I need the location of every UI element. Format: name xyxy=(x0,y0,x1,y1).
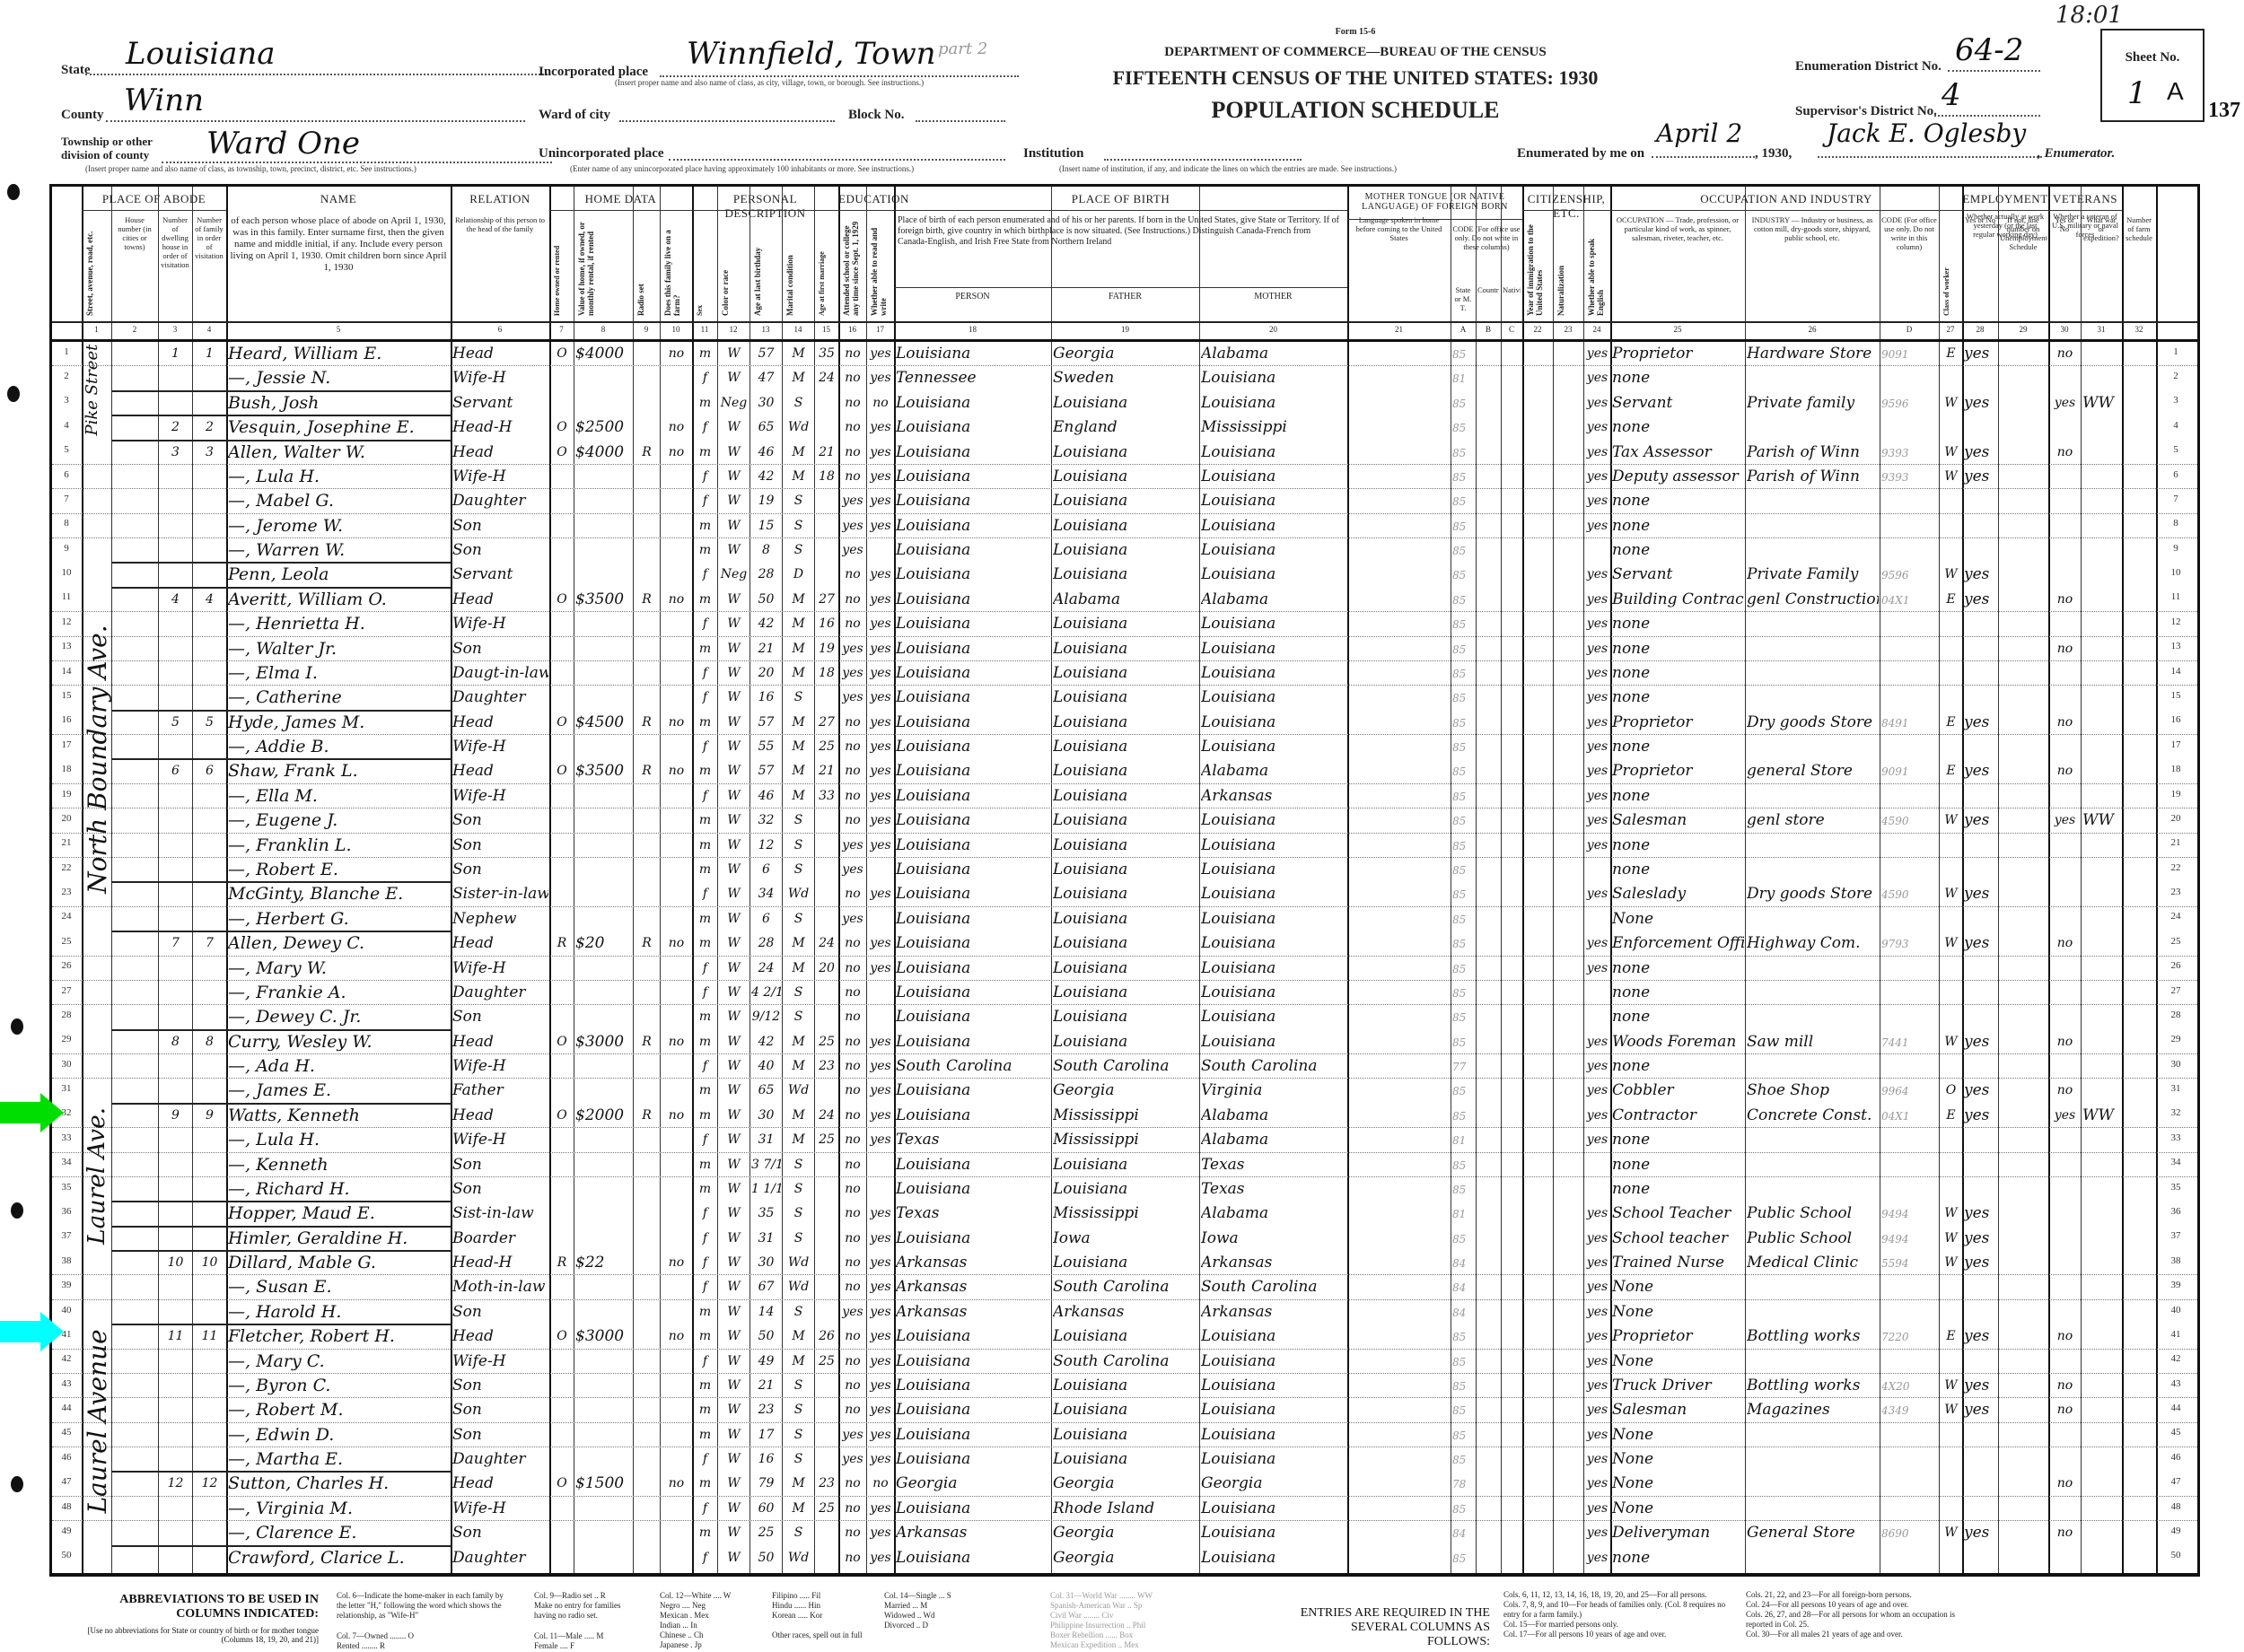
cell-race: W xyxy=(719,835,749,857)
ed-label: Enumeration District No. xyxy=(1795,59,1942,74)
cell-race: W xyxy=(719,982,749,1004)
cell-family: 7 xyxy=(194,932,225,955)
cell-relation: Head-H xyxy=(452,1252,548,1274)
cell-code_d: 7441 xyxy=(1881,1031,1938,1053)
cell-birth: Louisiana xyxy=(896,638,1050,660)
cell-age: 42 xyxy=(751,466,781,488)
cell-marital: Wd xyxy=(784,416,813,439)
group-header-veterans: VETERANS xyxy=(2048,192,2122,206)
cell-code_d: 9091 xyxy=(1881,760,1938,782)
cell-value: $3000 xyxy=(575,1031,632,1053)
cell-school: yes xyxy=(840,638,865,660)
cell-birth: Louisiana xyxy=(896,1547,1050,1569)
cell-age_marriage: 33 xyxy=(816,785,837,808)
cell-race: W xyxy=(719,1325,749,1348)
cell-code_a: 85 xyxy=(1452,686,1475,709)
cell-speak: yes xyxy=(1585,1325,1609,1348)
arrow-head xyxy=(40,1312,64,1351)
cell-veteran: no xyxy=(2050,1325,2080,1348)
line-number-right: 17 xyxy=(2163,739,2188,750)
cell-mother: Mississippi xyxy=(1201,416,1346,439)
cell-speak: yes xyxy=(1585,712,1609,734)
cell-race: W xyxy=(719,1079,749,1102)
cell-school: no xyxy=(840,1252,865,1274)
cell-relation: Head xyxy=(452,1473,548,1495)
cell-code_d: 9494 xyxy=(1881,1202,1938,1225)
cell-school: no xyxy=(840,1154,865,1176)
line-number-right: 9 xyxy=(2163,543,2188,554)
cell-sex: m xyxy=(694,835,716,857)
cell-birth: Louisiana xyxy=(896,908,1050,931)
column-header-c17: Whether able to read and write xyxy=(870,217,890,316)
cell-owned: O xyxy=(551,589,573,611)
census-title: FIFTEENTH CENSUS OF THE UNITED STATES: 1… xyxy=(1032,66,1679,90)
cell-race: W xyxy=(719,1301,749,1324)
cell-father: Louisiana xyxy=(1053,1154,1198,1176)
cell-occupation: None xyxy=(1612,1301,1744,1324)
cell-mother: Louisiana xyxy=(1201,613,1346,635)
cell-code_a: 85 xyxy=(1452,957,1475,980)
cell-relation: Son xyxy=(452,809,548,832)
column-number: 9 xyxy=(633,325,660,334)
cell-code_a: 85 xyxy=(1452,343,1475,365)
cell-birth: Louisiana xyxy=(896,1375,1050,1397)
cell-age: 16 xyxy=(751,686,781,709)
cell-father: Georgia xyxy=(1053,343,1198,365)
cell-work: yes xyxy=(1964,589,1997,611)
abbreviations-title: ABBREVIATIONS TO BE USED IN COLUMNS INDI… xyxy=(58,1593,319,1621)
cell-dwelling: 6 xyxy=(160,760,191,782)
cell-birth: Louisiana xyxy=(896,859,1050,881)
cell-occupation: Salesman xyxy=(1612,1399,1744,1421)
row-divider xyxy=(52,956,2197,957)
cell-marital: M xyxy=(784,662,813,685)
cell-birth: Louisiana xyxy=(896,982,1050,1004)
cell-read: yes xyxy=(868,686,893,709)
line-number-right: 29 xyxy=(2163,1034,2188,1045)
cell-school: no xyxy=(840,1031,865,1053)
cell-dwelling: 10 xyxy=(160,1252,191,1274)
column-divider xyxy=(1347,187,1349,1573)
column-header-c32: Number of farm schedule xyxy=(2124,215,2154,318)
cell-name: —, Dewey C. Jr. xyxy=(228,1006,450,1028)
column-number: 8 xyxy=(574,325,633,334)
line-number: 30 xyxy=(54,1059,79,1070)
abbr-col12-other: Filipino ..... Fil Hindu ...... Hin Kore… xyxy=(772,1591,871,1640)
row-divider xyxy=(52,1152,2197,1153)
cell-name: —, Frankie A. xyxy=(228,982,450,1004)
cell-relation: Head xyxy=(452,932,548,955)
line-number-right: 31 xyxy=(2163,1083,2188,1094)
column-number: 30 xyxy=(2048,325,2081,334)
cell-age: 31 xyxy=(751,1129,781,1151)
cell-mother: Louisiana xyxy=(1201,638,1346,660)
abbreviations-note: [Use no abbreviations for State or count… xyxy=(58,1626,319,1644)
column-number: 27 xyxy=(1939,325,1962,334)
cell-occupation: none xyxy=(1612,736,1744,758)
cell-relation: Servant xyxy=(452,564,548,586)
cell-mother: Alabama xyxy=(1201,343,1346,365)
veterans-instructions: Whether a veteran of U.S. military or na… xyxy=(2050,212,2120,257)
cell-speak: yes xyxy=(1585,490,1609,512)
column-divider xyxy=(1998,187,1999,1573)
cell-school: no xyxy=(840,957,865,980)
cell-age_marriage: 24 xyxy=(816,932,837,955)
cell-name: —, Eugene J. xyxy=(228,809,450,832)
line-number: 11 xyxy=(54,591,79,602)
cell-speak: yes xyxy=(1585,367,1609,389)
cell-birth: Arkansas xyxy=(896,1301,1050,1324)
cell-birth: Texas xyxy=(896,1129,1050,1151)
cell-age: 30 xyxy=(751,1252,781,1274)
cell-name: McGinty, Blanche E. xyxy=(228,883,450,905)
cell-dwelling: 11 xyxy=(160,1325,191,1348)
cell-relation: Son xyxy=(452,1522,548,1544)
cell-father: Louisiana xyxy=(1053,515,1198,538)
cell-speak: yes xyxy=(1585,662,1609,685)
column-divider xyxy=(1501,187,1502,1573)
column-header-c20: MOTHER xyxy=(1201,293,1346,318)
cell-mother: Louisiana xyxy=(1201,957,1346,980)
cell-read: yes xyxy=(868,1252,893,1274)
line-number: 44 xyxy=(54,1403,79,1413)
cell-school: no xyxy=(840,1006,865,1028)
cell-age: 31 xyxy=(751,1228,781,1250)
cell-code_a: 85 xyxy=(1452,441,1475,464)
cell-marital: S xyxy=(784,1375,813,1397)
cell-code_a: 85 xyxy=(1452,613,1475,635)
cell-age: 50 xyxy=(751,589,781,611)
cell-work: yes xyxy=(1964,1079,1997,1102)
cell-age: 21 xyxy=(751,638,781,660)
cell-code_a: 85 xyxy=(1452,589,1475,611)
cell-sex: m xyxy=(694,392,716,415)
line-number: 24 xyxy=(54,911,79,922)
cell-relation: Nephew xyxy=(452,908,548,931)
cell-race: W xyxy=(719,1055,749,1078)
cell-race: W xyxy=(719,1448,749,1471)
cell-age: 28 xyxy=(751,932,781,955)
cell-marital: M xyxy=(784,1498,813,1520)
column-number: 19 xyxy=(1051,325,1199,334)
cell-birth: Louisiana xyxy=(896,1031,1050,1053)
cell-sex: f xyxy=(694,1055,716,1078)
line-number-right: 36 xyxy=(2163,1206,2188,1217)
cell-relation: Son xyxy=(452,1375,548,1397)
line-number: 46 xyxy=(54,1452,79,1463)
cell-name: Himler, Geraldine H. xyxy=(228,1228,450,1250)
column-divider xyxy=(1476,187,1477,1573)
cell-name: —, Addie B. xyxy=(228,736,450,758)
cell-code_a: 85 xyxy=(1452,392,1475,415)
cell-occupation: Salesman xyxy=(1612,809,1744,832)
cell-name: —, Henrietta H. xyxy=(228,613,450,635)
line-number: 20 xyxy=(54,813,79,824)
cell-code_d: 8491 xyxy=(1881,712,1938,734)
group-underline xyxy=(1962,210,2048,211)
column-divider xyxy=(1199,187,1200,1573)
block-value xyxy=(916,117,1005,122)
cell-age: 28 xyxy=(751,564,781,586)
cell-sex: m xyxy=(694,1473,716,1495)
cell-mother: Louisiana xyxy=(1201,1325,1346,1348)
cell-radio: R xyxy=(635,712,659,734)
binder-hole xyxy=(7,386,20,402)
cell-school: no xyxy=(840,1202,865,1225)
cell-school: no xyxy=(840,613,865,635)
cell-school: yes xyxy=(840,1424,865,1447)
cell-age_marriage: 21 xyxy=(816,441,837,464)
cell-age_marriage: 35 xyxy=(816,343,837,365)
cell-mother: Louisiana xyxy=(1201,859,1346,881)
cell-father: Mississippi xyxy=(1053,1202,1198,1225)
cell-father: Louisiana xyxy=(1053,883,1198,905)
binder-hole xyxy=(7,184,20,200)
cell-birth: Louisiana xyxy=(896,1325,1050,1348)
cell-mother: Alabama xyxy=(1201,1129,1346,1151)
cell-age: 46 xyxy=(751,441,781,464)
cell-code_a: 85 xyxy=(1452,466,1475,488)
cell-race: W xyxy=(719,859,749,881)
column-header-c8: Value of home, if owned, or monthly rent… xyxy=(577,217,629,316)
line-number-right: 7 xyxy=(2163,494,2188,504)
cell-speak: yes xyxy=(1585,1031,1609,1053)
cell-read: yes xyxy=(868,416,893,439)
cell-relation: Wife-H xyxy=(452,367,548,389)
cell-name: Crawford, Clarice L. xyxy=(228,1547,450,1569)
line-number-right: 19 xyxy=(2163,789,2188,800)
column-header-c5: of each person whose place of abode on A… xyxy=(228,215,449,318)
line-number: 14 xyxy=(54,666,79,677)
cell-birth: Louisiana xyxy=(896,1424,1050,1447)
line-number: 29 xyxy=(54,1034,79,1045)
cell-birth: Louisiana xyxy=(896,1448,1050,1471)
column-divider xyxy=(2156,187,2158,1573)
cell-age: 23 xyxy=(751,1399,781,1421)
line-number-right: 40 xyxy=(2163,1305,2188,1315)
column-number: 2 xyxy=(111,325,158,334)
cell-school: no xyxy=(840,1473,865,1495)
cell-relation: Head-H xyxy=(452,416,548,439)
line-number: 10 xyxy=(54,567,79,578)
column-divider xyxy=(814,187,815,1573)
line-number: 23 xyxy=(54,887,79,897)
cell-race: W xyxy=(719,539,749,562)
cell-age: 47 xyxy=(751,367,781,389)
cell-owned: O xyxy=(551,1105,573,1127)
cell-name: Hyde, James M. xyxy=(228,712,450,734)
cell-age_marriage: 24 xyxy=(816,367,837,389)
cell-value: $1500 xyxy=(575,1473,632,1495)
cell-mother: Louisiana xyxy=(1201,1448,1346,1471)
cell-age: 67 xyxy=(751,1276,781,1298)
cell-occupation: Deliveryman xyxy=(1612,1522,1744,1544)
cell-occupation: none xyxy=(1612,785,1744,808)
cell-school: no xyxy=(840,1105,865,1127)
cell-occupation: none xyxy=(1612,515,1744,538)
column-divider xyxy=(1522,187,1524,1573)
cell-mother: South Carolina xyxy=(1201,1055,1346,1078)
cell-mother: Louisiana xyxy=(1201,441,1346,464)
cell-speak: yes xyxy=(1585,638,1609,660)
cell-mother: Louisiana xyxy=(1201,539,1346,562)
cell-sex: m xyxy=(694,1522,716,1544)
row-divider xyxy=(52,1373,2197,1374)
line-number-right: 26 xyxy=(2163,960,2188,971)
cell-age: 50 xyxy=(751,1547,781,1569)
cell-read: yes xyxy=(868,1276,893,1298)
cell-code_a: 85 xyxy=(1452,662,1475,685)
column-header-cB: Country xyxy=(1477,285,1499,319)
column-header-c26: INDUSTRY — Industry or business, as cott… xyxy=(1747,215,1878,318)
cell-value: $4500 xyxy=(575,712,632,734)
cell-sex: m xyxy=(694,859,716,881)
ward-value xyxy=(619,117,835,122)
cell-race: W xyxy=(719,490,749,512)
cell-value: $3000 xyxy=(575,1325,632,1348)
cell-birth: Louisiana xyxy=(896,613,1050,635)
cell-sex: f xyxy=(694,957,716,980)
cell-sex: m xyxy=(694,539,716,562)
cell-occupation: Trained Nurse xyxy=(1612,1252,1744,1274)
cell-mother: Alabama xyxy=(1201,1105,1346,1127)
line-number: 4 xyxy=(54,420,79,431)
unincorporated-instructions: (Enter name of any unincorporated place … xyxy=(570,164,1010,173)
cell-read: yes xyxy=(868,343,893,365)
cell-farm: no xyxy=(662,343,691,365)
cell-radio: R xyxy=(635,441,659,464)
line-number-right: 1 xyxy=(2163,346,2188,357)
cell-marital: S xyxy=(784,1178,813,1201)
cell-code_d: 8690 xyxy=(1881,1522,1938,1544)
cell-industry: Saw mill xyxy=(1747,1031,1879,1053)
cell-relation: Son xyxy=(452,859,548,881)
cell-industry: Dry goods Store xyxy=(1747,883,1879,905)
cell-speak: yes xyxy=(1585,1055,1609,1078)
cell-radio: R xyxy=(635,1031,659,1053)
cell-occupation: Deputy assessor xyxy=(1612,466,1744,488)
row-divider xyxy=(52,1422,2197,1423)
line-number: 13 xyxy=(54,641,79,651)
column-header-c13: Age at last birthday xyxy=(753,217,778,316)
cell-birth: Louisiana xyxy=(896,1079,1050,1102)
sheet-side: A xyxy=(2167,77,2184,106)
cell-age: 24 xyxy=(751,957,781,980)
cell-marital: Wd xyxy=(784,1079,813,1102)
cell-school: no xyxy=(840,441,865,464)
cell-owned: O xyxy=(551,1473,573,1495)
cell-birth: Louisiana xyxy=(896,1178,1050,1201)
column-number: 13 xyxy=(749,325,782,334)
column-header-c3: Number of dwelling house in order of vis… xyxy=(160,215,190,318)
cell-read: yes xyxy=(868,1202,893,1225)
cell-mother: Georgia xyxy=(1201,1473,1346,1495)
cell-read: yes xyxy=(868,883,893,905)
cell-farm: no xyxy=(662,1252,691,1274)
cell-read: yes xyxy=(868,662,893,685)
cell-age: 19 xyxy=(751,490,781,512)
cell-marital: S xyxy=(784,1202,813,1225)
group-header-education: EDUCATION xyxy=(838,192,894,206)
cell-school: no xyxy=(840,564,865,586)
line-number-right: 14 xyxy=(2163,666,2188,677)
cell-code_a: 85 xyxy=(1452,1178,1475,1201)
cell-age: 79 xyxy=(751,1473,781,1495)
enum-label: Enumerated by me on xyxy=(1517,146,1644,162)
cell-relation: Son xyxy=(452,1006,548,1028)
cell-mother: Louisiana xyxy=(1201,1547,1346,1569)
cell-marital: S xyxy=(784,1228,813,1250)
line-number-right: 33 xyxy=(2163,1132,2188,1143)
cell-relation: Wife-H xyxy=(452,1350,548,1373)
cell-school: no xyxy=(840,785,865,808)
cell-school: yes xyxy=(840,686,865,709)
group-underline xyxy=(1522,210,1610,211)
cell-father: Sweden xyxy=(1053,367,1198,389)
row-divider xyxy=(52,1053,2197,1054)
cell-relation: Son xyxy=(452,1178,548,1201)
row-divider xyxy=(52,685,2197,686)
cell-sex: m xyxy=(694,1325,716,1348)
cell-occupation: Servant xyxy=(1612,564,1744,586)
cell-speak: yes xyxy=(1585,785,1609,808)
cell-race: W xyxy=(719,809,749,832)
column-divider xyxy=(660,187,661,1573)
cell-speak: yes xyxy=(1585,835,1609,857)
cell-speak: yes xyxy=(1585,1079,1609,1102)
cell-class: W xyxy=(1941,1375,1961,1397)
cell-read: yes xyxy=(868,1448,893,1471)
cell-occupation: none xyxy=(1612,982,1744,1004)
line-number-right: 30 xyxy=(2163,1059,2188,1070)
column-divider xyxy=(749,187,750,1573)
cell-school: no xyxy=(840,1079,865,1102)
column-divider xyxy=(1553,187,1554,1573)
column-header-c4: Number of family in order of visitation xyxy=(194,215,224,318)
cell-read: yes xyxy=(868,785,893,808)
cell-race: W xyxy=(719,638,749,660)
cell-speak: yes xyxy=(1585,1129,1609,1151)
line-number: 22 xyxy=(54,862,79,873)
cell-speak: yes xyxy=(1585,392,1609,415)
cell-industry: General Store xyxy=(1747,1522,1879,1544)
column-divider xyxy=(1880,187,1880,1573)
cell-marital: S xyxy=(784,686,813,709)
township-instructions: (Insert proper name and also name of cla… xyxy=(85,164,516,173)
cell-mother: Louisiana xyxy=(1201,1522,1346,1544)
line-number: 1 xyxy=(54,346,79,357)
cell-father: Louisiana xyxy=(1053,638,1198,660)
cell-code_d: 9596 xyxy=(1881,564,1938,586)
column-header-c25: OCCUPATION — Trade, profession, or parti… xyxy=(1612,215,1743,318)
cell-father: Louisiana xyxy=(1053,760,1198,782)
cell-mother: Louisiana xyxy=(1201,932,1346,955)
cell-mother: Virginia xyxy=(1201,1079,1346,1102)
line-number-right: 35 xyxy=(2163,1182,2188,1193)
cell-school: no xyxy=(840,392,865,415)
cell-mother: Louisiana xyxy=(1201,982,1346,1004)
group-underline xyxy=(549,210,692,211)
row-divider xyxy=(52,857,2197,858)
column-divider xyxy=(1939,187,1940,1573)
cell-mother: Louisiana xyxy=(1201,1375,1346,1397)
cell-sex: f xyxy=(694,1350,716,1373)
cell-age: 20 xyxy=(751,662,781,685)
institution-value xyxy=(1104,155,1302,161)
cell-marital: S xyxy=(784,908,813,931)
cell-occupation: Contractor xyxy=(1612,1105,1744,1127)
cell-race: W xyxy=(719,1252,749,1274)
